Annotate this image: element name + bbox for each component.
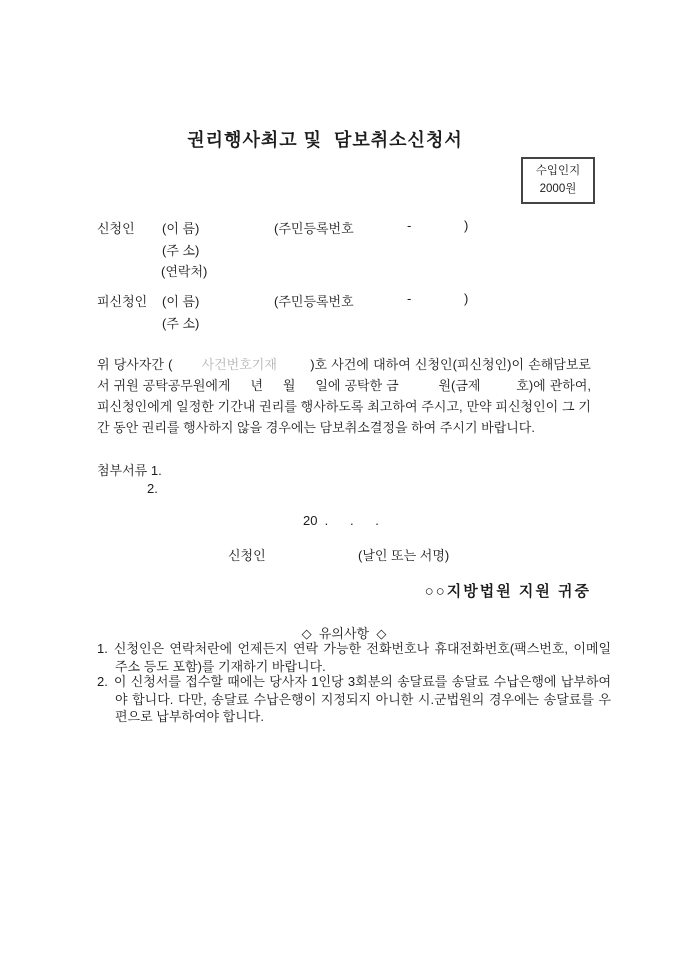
court-addressee-line: ○○지방법원 지원 귀중 xyxy=(97,580,591,601)
notice-item-2-number: 2. xyxy=(97,674,108,689)
applicant-address-label: (주 소) xyxy=(162,240,199,259)
applicant-contact-label: (연락처) xyxy=(161,261,207,280)
notice-item-1: 1.신청인은 연락처란에 언제든지 연락 가능한 전화번호나 휴대전화번호(팩스… xyxy=(97,640,611,675)
notice-item-2: 2.이 신청서를 접수할 때에는 당사자 1인당 3회분의 송달료를 송달료 수… xyxy=(97,673,611,726)
applicant-rrn-label: (주민등록번호 xyxy=(274,218,354,237)
revenue-stamp-label: 수입인지 xyxy=(523,162,593,180)
signature-applicant-label: 신청인 xyxy=(228,545,266,564)
case-number-placeholder: 사건번호기재 xyxy=(202,357,277,372)
respondent-rrn-dash: - xyxy=(407,291,411,306)
applicant-row-contact: (연락처) xyxy=(97,261,597,278)
applicant-rrn-dash: - xyxy=(407,218,411,233)
revenue-stamp-box: 수입인지 2000원 xyxy=(521,157,595,204)
applicant-row-address: (주 소) xyxy=(97,240,597,257)
respondent-role-label: 피신청인 xyxy=(97,291,147,310)
respondent-rrn-close-paren: ) xyxy=(464,291,468,306)
date-line: 20 . . . xyxy=(303,513,379,528)
document-title: 권리행사최고 및 담보취소신청서 xyxy=(0,126,650,152)
applicant-name-label: (이 름) xyxy=(162,218,199,237)
applicant-rrn-close-paren: ) xyxy=(464,218,468,233)
notice-item-1-number: 1. xyxy=(97,641,108,656)
respondent-rrn-label: (주민등록번호 xyxy=(274,291,354,310)
respondent-address-label: (주 소) xyxy=(162,313,199,332)
respondent-name-label: (이 름) xyxy=(162,291,199,310)
petition-body-paragraph: 위 당사자간 ( 사건번호기재 )호 사건에 대하여 신청인(피신청인)이 손해… xyxy=(97,354,591,438)
attachments-item-2: 2. xyxy=(147,481,158,496)
respondent-row-name: 피신청인 (이 름) (주민등록번호 - ) xyxy=(97,291,597,308)
revenue-stamp-amount: 2000원 xyxy=(523,180,593,198)
notice-item-1-text: 신청인은 연락처란에 언제든지 연락 가능한 전화번호나 휴대전화번호(팩스번호… xyxy=(114,641,611,674)
body-text-before-case: 위 당사자간 ( xyxy=(97,357,202,372)
respondent-row-address: (주 소) xyxy=(97,313,597,330)
applicant-row-name: 신청인 (이 름) (주민등록번호 - ) xyxy=(97,218,597,235)
attachments-label: 첨부서류 1. xyxy=(97,460,162,479)
legal-form-page: 권리행사최고 및 담보취소신청서 수입인지 2000원 신청인 (이 름) (주… xyxy=(0,0,680,962)
notice-item-2-text: 이 신청서를 접수할 때에는 당사자 1인당 3회분의 송달료를 송달료 수납은… xyxy=(114,674,611,724)
applicant-role-label: 신청인 xyxy=(97,218,135,237)
signature-seal-note: (날인 또는 서명) xyxy=(358,545,449,564)
